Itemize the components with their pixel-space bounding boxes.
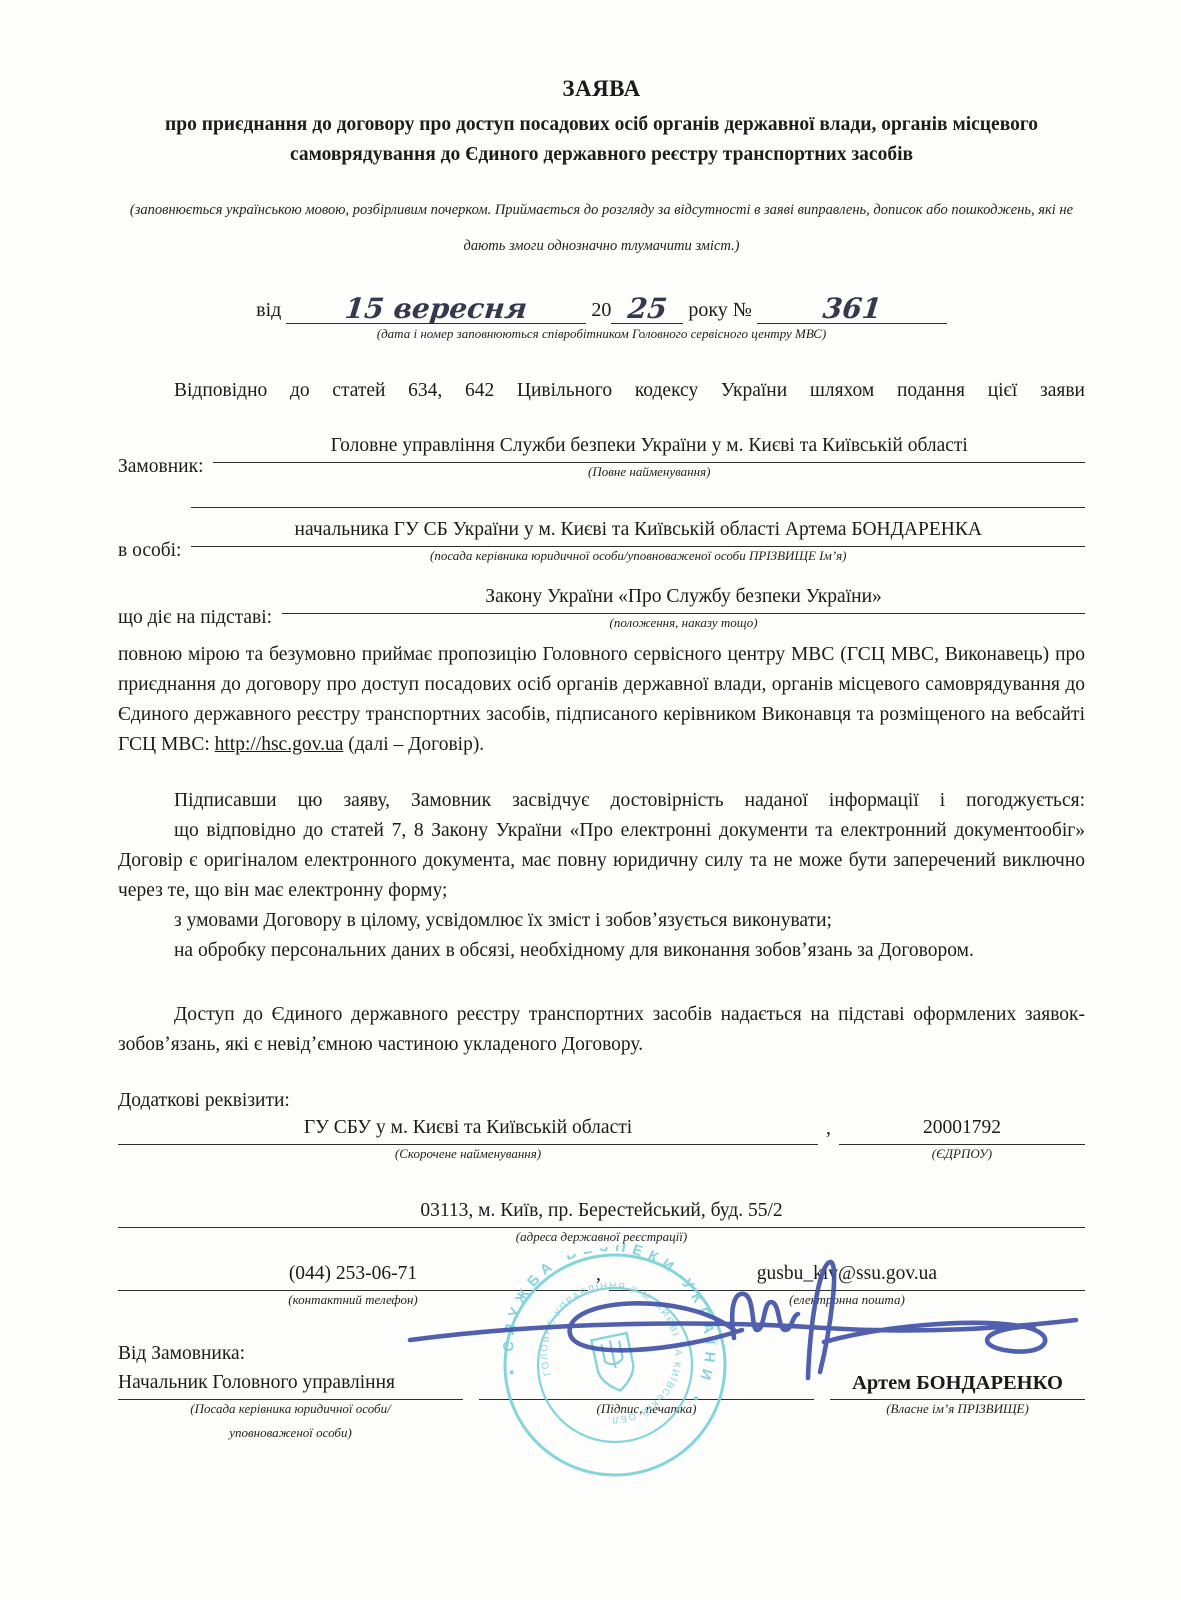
intro-paragraph: Відповідно до статей 634, 642 Цивільного… xyxy=(118,376,1085,406)
represented-by-row: в особі: начальника ГУ СБ України у м. К… xyxy=(118,507,1085,565)
short-name-value: ГУ СБУ у м. Києві та Київській області xyxy=(118,1114,818,1145)
customer-value: Головне управління Служби безпеки Україн… xyxy=(213,432,1085,463)
year-century: 20 xyxy=(591,299,611,321)
email-caption: (електронна пошта) xyxy=(609,1291,1085,1309)
acting-on-value: Закону України «Про Службу безпеки Украї… xyxy=(282,583,1085,614)
document-page: ЗАЯВА про приєднання до договору про дос… xyxy=(0,0,1181,1600)
short-name-caption: (Скорочене найменування) xyxy=(118,1145,818,1163)
roku-number-label: року № xyxy=(688,299,752,321)
date-number-line: від 15 вересня 2025 року № 361 xyxy=(118,290,1085,324)
signer-name: Артем БОНДАРЕНКО xyxy=(830,1369,1085,1400)
page-title: ЗАЯВА xyxy=(118,76,1085,102)
agree-item-1: що відповідно до статей 7, 8 Закону Укра… xyxy=(118,816,1085,906)
from-customer-label: Від Замовника: xyxy=(118,1343,1085,1365)
signer-position-caption-1: (Посада керівника юридичної особи/ xyxy=(118,1400,463,1418)
phone-caption: (контактний телефон) xyxy=(118,1291,588,1309)
handwritten-date-field: 15 вересня xyxy=(286,290,586,324)
acting-on-row: що діє на підставі: Закону України «Про … xyxy=(118,583,1085,632)
represented-by-label: в особі: xyxy=(118,537,191,565)
handwritten-number: 361 xyxy=(821,292,883,325)
acceptance-paragraph: повною мірою та безумовно приймає пропоз… xyxy=(118,640,1085,760)
requisites-comma-1: , xyxy=(818,1115,839,1163)
customer-caption: (Повне найменування) xyxy=(213,463,1085,481)
handwritten-number-field: 361 xyxy=(757,290,947,324)
edrpou-caption: (ЄДРПОУ) xyxy=(839,1145,1085,1163)
represented-by-value: начальника ГУ СБ України у м. Києві та К… xyxy=(191,507,1085,547)
acting-on-caption: (положення, наказу тощо) xyxy=(282,614,1085,632)
signature-row: Начальник Головного управління (Посада к… xyxy=(118,1369,1085,1448)
agree-item-2: з умовами Договору в цілому, усвідомлює … xyxy=(118,906,1085,936)
address-row: 03113, м. Київ, пр. Берестейський, буд. … xyxy=(118,1197,1085,1246)
agree-intro-paragraph: Підписавши цю заяву, Замовник засвідчує … xyxy=(118,786,1085,816)
signer-position-caption-2: уповноваженої особи) xyxy=(118,1418,463,1448)
page-subtitle: про приєднання до договору про доступ по… xyxy=(118,110,1085,170)
acceptance-text-2: (далі – Договір). xyxy=(343,734,484,755)
address-caption: (адреса державної реєстрації) xyxy=(118,1228,1085,1246)
fill-instructions-note: (заповнюється українською мовою, розбірл… xyxy=(118,192,1085,264)
requisites-heading: Додаткові реквізити: xyxy=(118,1090,1085,1112)
access-paragraph: Доступ до Єдиного державного реєстру тра… xyxy=(118,1000,1085,1060)
handwritten-date: 15 вересня xyxy=(344,292,530,325)
represented-by-caption: (посада керівника юридичної особи/уповно… xyxy=(191,547,1085,565)
signer-position: Начальник Головного управління xyxy=(118,1369,463,1400)
date-line-caption: (дата і номер заповнюються співробітнико… xyxy=(118,326,1085,342)
signature-caption: (Підпис, печатка) xyxy=(479,1400,814,1418)
date-prefix: від xyxy=(256,299,281,321)
short-name-edrpou-row: ГУ СБУ у м. Києві та Київській області (… xyxy=(118,1114,1085,1163)
customer-row: Замовник: Головне управління Служби безп… xyxy=(118,432,1085,481)
handwritten-year: 25 xyxy=(626,292,668,325)
email-value: gusbu_kiv@ssu.gov.ua xyxy=(609,1260,1085,1291)
phone-email-row: (044) 253-06-71 (контактний телефон) , g… xyxy=(118,1260,1085,1309)
address-value: 03113, м. Київ, пр. Берестейський, буд. … xyxy=(118,1197,1085,1228)
handwritten-year-field: 25 xyxy=(611,290,683,324)
edrpou-value: 20001792 xyxy=(839,1114,1085,1145)
signature-line xyxy=(479,1369,814,1400)
agree-item-3: на обробку персональних даних в обсязі, … xyxy=(118,936,1085,966)
requisites-comma-2: , xyxy=(588,1261,609,1309)
signer-name-caption: (Власне імʼя ПРІЗВИЩЕ) xyxy=(830,1400,1085,1418)
acting-on-label: що діє на підставі: xyxy=(118,604,282,632)
hsc-url: http://hsc.gov.ua xyxy=(215,734,344,755)
customer-label: Замовник: xyxy=(118,453,213,481)
document-content: ЗАЯВА про приєднання до договору про дос… xyxy=(0,0,1181,1448)
phone-value: (044) 253-06-71 xyxy=(118,1260,588,1291)
